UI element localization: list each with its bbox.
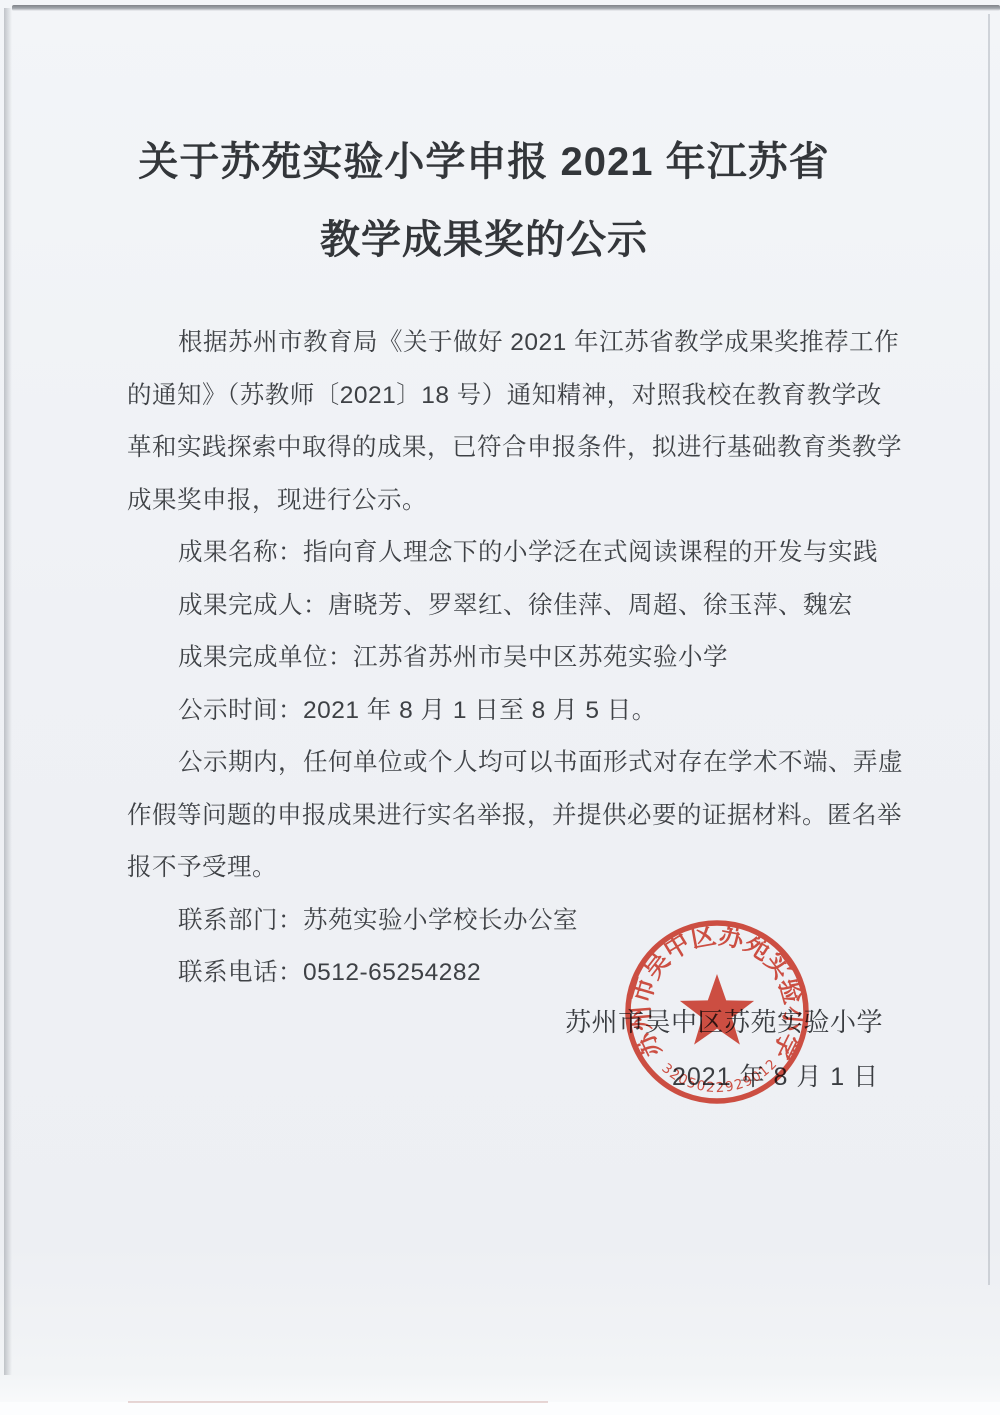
body-line: 成果奖申报，现进行公示。 [127,475,872,528]
body-line: 根据苏州市教育局《关于做好 2021 年江苏省教学成果奖推荐工作 [127,317,872,370]
scanned-document-page: 关于苏苑实验小学申报 2021 年江苏省 教学成果奖的公示 根据苏州市教育局《关… [0,0,1000,1415]
title-line-1: 关于苏苑实验小学申报 2021 年江苏省 [0,123,968,201]
document-title: 关于苏苑实验小学申报 2021 年江苏省 教学成果奖的公示 [0,123,968,279]
body-line-completers: 成果完成人：唐晓芳、罗翠红、徐佳萍、周超、徐玉萍、魏宏 [127,580,872,633]
seal-star-icon [680,974,754,1045]
official-seal-stamp: 苏州市吴中区苏苑实验小学 3205022929012 [617,912,817,1112]
body-line: 作假等问题的申报成果进行实名举报，并提供必要的证据材料。匿名举 [127,790,872,843]
scan-edge-bottom [0,1402,1000,1415]
body-line-achievement-name: 成果名称：指向育人理念下的小学泛在式阅读课程的开发与实践 [127,527,872,580]
scan-edge-top [12,5,1000,11]
body-line-unit: 成果完成单位：江苏省苏州市吴中区苏苑实验小学 [127,632,872,685]
body-line: 革和实践探索中取得的成果，已符合申报条件，拟进行基础教育类教学 [127,422,872,475]
body-line: 报不予受理。 [127,842,872,895]
scan-edge-right [988,14,990,1285]
title-line-2: 教学成果奖的公示 [0,201,968,279]
document-body: 根据苏州市教育局《关于做好 2021 年江苏省教学成果奖推荐工作 的通知》（苏教… [127,317,872,1000]
body-line-publicity-period: 公示时间：2021 年 8 月 1 日至 8 月 5 日。 [127,685,872,738]
body-line: 公示期内，任何单位或个人均可以书面形式对存在学术不端、弄虚 [127,737,872,790]
body-line: 的通知》（苏教师〔2021〕18 号）通知精神，对照我校在教育教学改 [127,370,872,423]
scan-edge-bottom-line [128,1401,548,1403]
